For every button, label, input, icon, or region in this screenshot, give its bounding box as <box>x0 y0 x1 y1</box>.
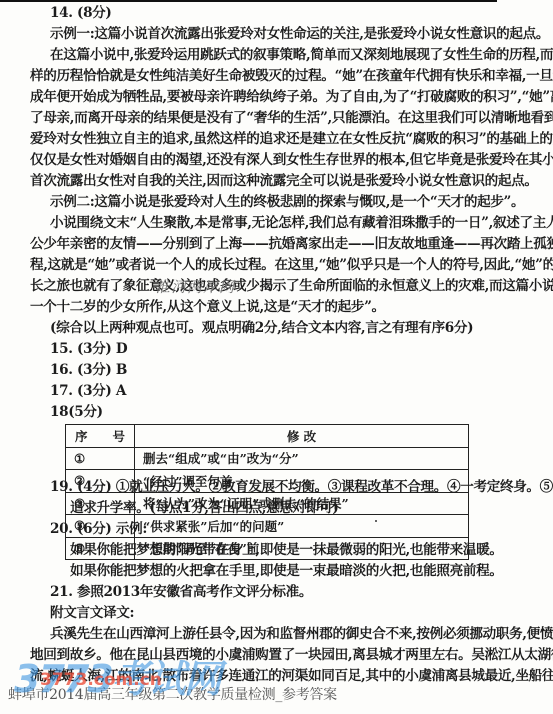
q21-title: 21. 参照2013年安徽省高考作文评分标准。 <box>50 581 312 603</box>
q14-ex2-line: 程,这就是“她”或者说一个人的成长过程。在这里,“她”似乎只是一个人的符号,因此… <box>30 254 553 276</box>
speck <box>375 520 377 522</box>
q18-title: 18(5分) <box>50 401 103 423</box>
answer-q15: 15. (3分) D <box>50 338 127 360</box>
translation-title: 附文言文译文: <box>50 602 134 624</box>
answer-q17: 17. (3分) A <box>50 380 126 402</box>
q19-line2: 追求升学率。(每点1分,答出四点,意思对即可) <box>70 497 338 519</box>
row-number: ① <box>66 447 135 470</box>
q14-example2-heading: 示例二:这篇小说是张爱玲对人生的终极悲剧的探索与慨叹,是一个“天才的起步”。 <box>50 191 524 213</box>
translation-line: 兵溪先生在山西漳河上游任县令,因为和监督州郡的御史合不来,按例必须挪动职务,便愤… <box>50 623 553 645</box>
q14-ex2-line: 长之旅也就有了象征意义,这也或多或少揭示了生命所面临的永恒意义上的灾难,而这篇小… <box>30 275 553 297</box>
q14-ex2-line: 小说围绕文末“人生聚散,本是常事,无论怎样,我们总有藏着泪珠撒手的一日”,叙述了… <box>50 212 553 234</box>
answer-q16: 16. (3分) B <box>50 359 127 381</box>
header-number: 序 号 <box>66 425 135 448</box>
q14-ex1-line: 成年便开始成为牺牲品,要被母亲许聘给纨绔子弟。为了自由,为了“打破腐败的积习”,… <box>30 86 553 108</box>
q14-ex2-line: 一个十二岁的少女所作,从这个意义上说,这是“天才的起步”。 <box>30 296 385 318</box>
site-watermark-url: 3773.com.cn <box>40 670 162 690</box>
q14-example1-heading: 示例一:这篇小说首次流露出张爱玲对女性命运的关注,是张爱玲小说女性意识的起点。 <box>50 23 549 45</box>
q14-ex2-line: 公少年亲密的友情——分别到了上海——抗婚离家出走——旧友故地重逢——再次踏上孤独… <box>30 233 553 255</box>
q14-ex1-line: 在这篇小说中,张爱玲运用跳跃式的叙事策略,简单而又深刻地展现了女性生命的历程,而… <box>50 44 553 66</box>
q20-line2: 如果你能把梦想的火把拿在手里,即使是一束最暗淡的火把,也能照亮前程。 <box>70 560 503 582</box>
q19-line1: 19. (4分) ①就业压力大。②教育发展不均衡。③课程改革不合理。④一考定终身… <box>50 476 553 498</box>
q14-ex1-line: 样的历程恰恰就是女性纯洁美好生命被毁灭的过程。“她”在孩童年代拥有快乐和幸福,一… <box>30 65 553 87</box>
q14-ex1-line: 了母亲,而离开母亲的结果便是没有了“奢华的生活”,只能漂泊。在这里我们可以清晰地… <box>30 107 553 129</box>
table-header-row: 序 号 修 改 <box>66 425 469 448</box>
q20-line1: 如果你能把梦想的阳光带在身上,即使是一抹最微弱的阳光,也能带来温暖。 <box>70 539 503 561</box>
row-revision: 删去“组成”或“由”改为“分” <box>135 447 469 470</box>
q14-ex1-line: 仅仅是女性对婚姻自由的渴望,还没有深人到女性生存世界的根本,但它毕竟是张爱玲在其… <box>30 149 553 171</box>
handwritten-watermark: 淮河两岸网 <box>155 276 235 297</box>
q14-scoring-note: (综合以上两种观点也可。观点明确2分,结合文本内容,言之有理有序6分) <box>50 317 473 339</box>
q14-ex1-line: 首次流露出女性对自我的关注,因而这种流露完全可以说是张爱玲小说女性意识的起点。 <box>30 170 538 192</box>
table-row: ① 删去“组成”或“由”改为“分” <box>66 447 469 470</box>
q14-title: 14. (8分) <box>50 2 112 24</box>
header-revision: 修 改 <box>135 425 469 448</box>
q20-title: 20. (6分) 示例: <box>50 518 147 540</box>
q14-ex1-line: 爱玲对女性独立自主的追求,虽然这样的追求还是建立在女性反抗“腐败的积习”的基础上… <box>30 128 553 150</box>
